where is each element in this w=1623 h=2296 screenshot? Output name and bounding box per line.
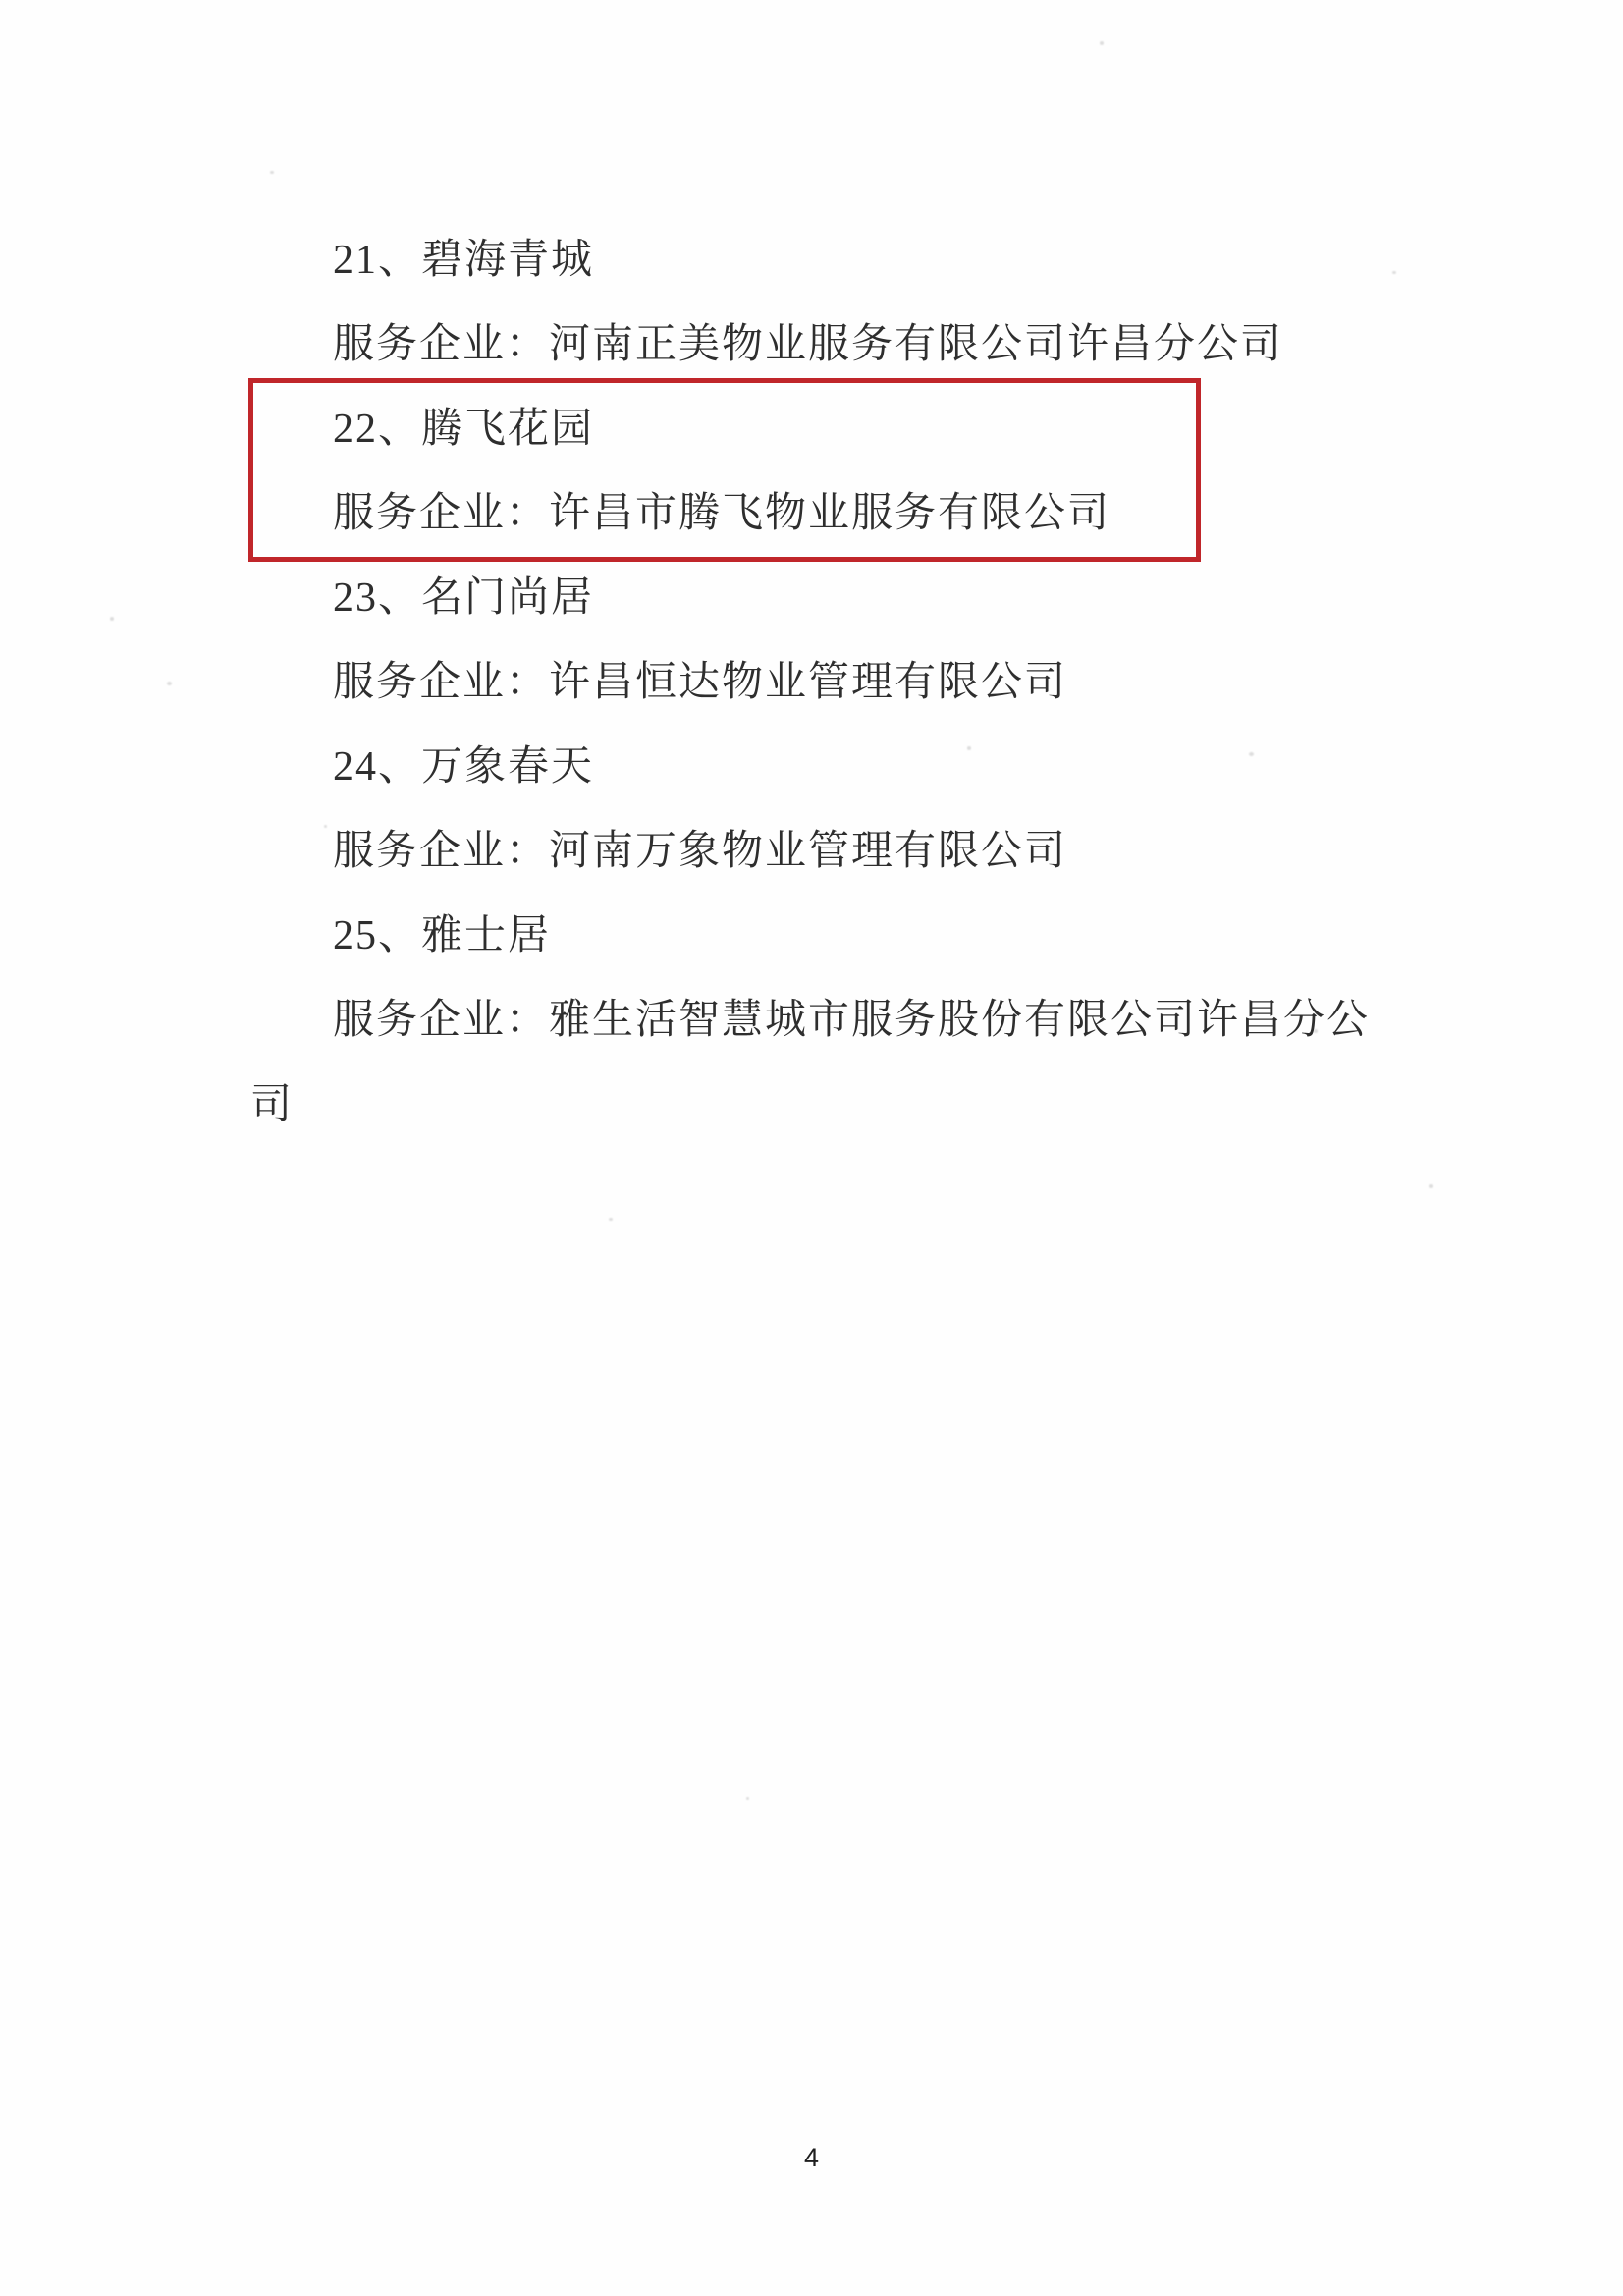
page-number: 4 <box>0 2143 1623 2173</box>
scan-speck <box>609 1218 613 1221</box>
scan-speck <box>167 682 172 685</box>
scan-speck <box>1100 41 1104 45</box>
list-item-21: 21、碧海青城 服务企业：河南正美物业服务有限公司许昌分公司 <box>250 218 1389 387</box>
community-name: 23、名门尚居 <box>250 556 1389 640</box>
service-company: 服务企业：雅生活智慧城市服务股份有限公司许昌分公司 <box>250 978 1389 1147</box>
community-name: 21、碧海青城 <box>250 218 1389 302</box>
scanned-document-page: 21、碧海青城 服务企业：河南正美物业服务有限公司许昌分公司 22、腾飞花园 服… <box>0 0 1623 2296</box>
list-item-23: 23、名门尚居 服务企业：许昌恒达物业管理有限公司 <box>250 556 1389 725</box>
community-name: 24、万象春天 <box>250 725 1389 809</box>
service-company: 服务企业：许昌恒达物业管理有限公司 <box>250 640 1389 725</box>
service-company: 服务企业：许昌市腾飞物业服务有限公司 <box>250 471 1389 556</box>
list-item-24: 24、万象春天 服务企业：河南万象物业管理有限公司 <box>250 725 1389 894</box>
community-name: 25、雅士居 <box>250 894 1389 978</box>
community-name: 22、腾飞花园 <box>250 387 1389 471</box>
scan-speck <box>270 171 274 174</box>
scan-speck <box>110 617 114 621</box>
community-list: 21、碧海青城 服务企业：河南正美物业服务有限公司许昌分公司 22、腾飞花园 服… <box>250 218 1389 1147</box>
scan-speck <box>746 1797 749 1800</box>
list-item-25: 25、雅士居 服务企业：雅生活智慧城市服务股份有限公司许昌分公司 <box>250 894 1389 1147</box>
scan-speck <box>1429 1184 1433 1188</box>
service-company: 服务企业：河南万象物业管理有限公司 <box>250 809 1389 894</box>
scan-speck <box>1392 271 1396 274</box>
list-item-22: 22、腾飞花园 服务企业：许昌市腾飞物业服务有限公司 <box>250 387 1389 556</box>
service-company: 服务企业：河南正美物业服务有限公司许昌分公司 <box>250 302 1389 387</box>
